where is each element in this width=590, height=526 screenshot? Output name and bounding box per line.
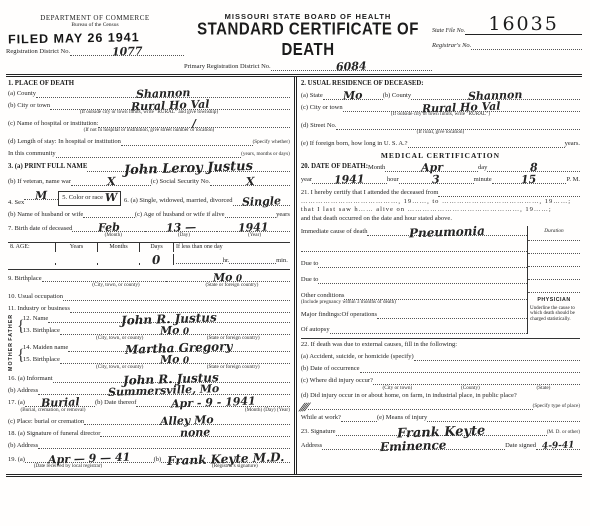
duration-label: Duration	[528, 226, 580, 241]
burial-label: 17. (a)	[8, 399, 25, 407]
registrar-date-line: Apr — 9 — 41	[25, 454, 154, 463]
funeral-director-label: 18. (a) Signature of funeral director	[8, 430, 100, 438]
veteran-line: X	[71, 177, 151, 186]
dod-year-handwritten: 1941	[334, 176, 365, 184]
mother-name-label: 14. Maiden name	[23, 344, 68, 352]
foreign-born-line	[408, 139, 565, 148]
mother-birthplace-handwritten: Mo	[160, 356, 180, 363]
marital-handwritten: Single	[242, 199, 281, 207]
section-3-name: 3. (a) PRINT FULL NAME John Leroy Justus	[8, 163, 290, 172]
in-this-community-label: In this community	[8, 150, 56, 158]
mother-side-label: MOTHER	[8, 342, 17, 371]
physician-signature-label: 23. Signature	[301, 428, 336, 436]
other-conditions-note: (Include pregnancy within 3 months of de…	[301, 300, 527, 306]
length-of-stay-line	[121, 137, 253, 146]
right-column: 2. USUAL RESIDENCE OF DECEASED: (a) Stat…	[297, 77, 582, 474]
age-days-header: Days	[140, 243, 174, 252]
length-of-stay-label: (d) Length of stay: In hospital or insti…	[8, 138, 121, 146]
mother-section: MOTHER { 14. Maiden name Martha Gregory …	[8, 342, 290, 371]
funeral-director-handwritten: none	[180, 430, 211, 438]
age-label: 8. AGE:	[8, 243, 56, 252]
burial-date-note: (Month) (Day) (Year)	[245, 408, 290, 414]
registrar-date-handwritten: Apr — 9 — 41	[48, 455, 130, 464]
birth-month-note: (Month)	[78, 233, 149, 239]
birthplace-handwritten: Mo	[213, 275, 233, 282]
foreign-born-suffix: years.	[565, 140, 580, 148]
age-less-than-day-header: If less than one day	[174, 243, 290, 252]
birth-day-note: (Day)	[149, 233, 220, 239]
of-operations-line	[377, 310, 527, 319]
certificate-title: STANDARD CERTIFICATE OF DEATH	[184, 19, 432, 60]
birthplace-note2: (State or foreign country)	[174, 283, 290, 289]
birthplace-note1: (City, town, or county)	[58, 283, 174, 289]
residence-street-label: (d) Street No.	[301, 122, 337, 130]
father-birthplace-label: 13. Birthplace	[23, 327, 60, 335]
marital-label: 6. (a) Single, widowed, married, divorce…	[124, 197, 232, 206]
date-of-occurrence-line	[360, 364, 580, 373]
other-conditions-line	[344, 291, 527, 300]
injury-place-type-label: (d) Did injury occur in or about home, o…	[301, 392, 517, 400]
age-min-label: min.	[276, 257, 288, 265]
burial-date-handwritten: Apr - 9 - 1941	[171, 398, 256, 408]
birth-year-line: 1941	[217, 223, 289, 232]
city-or-town-handwritten: Rural Ho Val	[131, 102, 210, 111]
physician-address-label: Address	[301, 442, 322, 450]
state-file-label: State File No.	[432, 20, 465, 35]
sex-handwritten: M	[35, 192, 47, 199]
where-injury-line	[373, 376, 580, 385]
certificate-body: 1. PLACE OF DEATH (a) County Shannon (b)…	[6, 74, 582, 477]
mother-birthplace-label: 15. Birthplace	[23, 356, 60, 364]
of-autopsy-line	[330, 325, 527, 334]
birth-month-handwritten: Feb	[98, 225, 120, 232]
duration-line-3	[528, 267, 580, 280]
informant-row: 16. (a) Informant John R. Justus	[8, 374, 290, 383]
primary-district-line: 6084	[271, 62, 432, 71]
spouse-age-suffix: years	[276, 211, 290, 219]
section-2-residence: 2. USUAL RESIDENCE OF DECEASED:	[301, 80, 580, 88]
while-at-work-line	[341, 413, 377, 422]
birthplace-label: 9. Birthplace	[8, 275, 42, 283]
father-section: FATHER { 12. Name John R. Justus 13. Bir…	[8, 313, 290, 342]
residence-state-handwritten: Mo	[343, 93, 363, 100]
veteran-handwritten: X	[106, 178, 115, 185]
in-this-community-note: (years, months or days)	[241, 152, 290, 158]
primary-district-label: Primary Registration District No.	[184, 63, 271, 71]
immediate-cause-handwritten: Pneumonia	[409, 228, 485, 238]
where-injury-note2: (County)	[434, 386, 507, 392]
injury-stray-marks: ⁄⁄⁄⁄	[301, 405, 309, 412]
where-injury-note3: (State)	[507, 386, 580, 392]
ssn-label: (c) Social Security No.	[151, 178, 211, 186]
funeral-director-address-line	[38, 440, 290, 449]
dod-month-handwritten: Apr	[421, 164, 443, 171]
death-certificate-scan: DEPARTMENT OF COMMERCE Bureau of the Cen…	[0, 0, 590, 526]
means-of-injury-line	[427, 413, 580, 422]
burial-row: 17. (a) Burial (b) Date thereof Apr - 9 …	[8, 398, 290, 407]
residence-street-note: (If rural, give location)	[301, 130, 580, 136]
age-months-header: Months	[98, 243, 140, 252]
sex-label: 4. Sex	[8, 199, 24, 207]
duration-line-4	[528, 280, 580, 293]
place-of-death-title: 1. PLACE OF DEATH	[8, 80, 74, 88]
dod-year-line: 1941	[312, 175, 387, 184]
burial-date-line: Apr - 9 - 1941	[136, 398, 289, 407]
father-name-label: 12. Name	[23, 315, 48, 323]
burial-place-line: Alley Mo	[84, 416, 290, 425]
informant-label: 16. (a) Informant	[8, 375, 53, 383]
residence-city-line: Rural Ho Val	[343, 103, 580, 112]
external-causes-title: 22. If death was due to external causes,…	[301, 341, 457, 349]
informant-line: John R. Justus	[53, 374, 290, 383]
mother-birthplace-line: Mo 0	[60, 355, 290, 364]
dod-day-label: day	[478, 164, 487, 172]
age-table-header: 8. AGE: Years Months Days If less than o…	[8, 242, 290, 252]
left-column: 1. PLACE OF DEATH (a) County Shannon (b)…	[6, 77, 297, 474]
date-signed-label: Date signed	[505, 442, 536, 450]
county-line: Shannon	[36, 89, 290, 98]
of-operations-label: Of operations	[342, 311, 378, 319]
full-name-handwritten: John Leroy Justus	[124, 162, 253, 174]
residence-county-label: (b) County	[383, 92, 411, 100]
birth-year-handwritten: 1941	[238, 225, 269, 233]
age-hr-line	[176, 255, 223, 264]
certify-line1: 21. I hereby certify that I attended the…	[301, 189, 439, 197]
dod-hour-line: 3	[399, 175, 474, 184]
registration-district-line: 1077	[70, 47, 184, 56]
certificate-header: DEPARTMENT OF COMMERCE Bureau of the Cen…	[6, 6, 582, 71]
while-at-work-label: While at work?	[301, 414, 341, 422]
father-name-line: John R. Justus	[48, 314, 290, 323]
spouse-age-label: (c) Age of husband or wife if alive	[135, 211, 225, 219]
physician-signature-line: Frank Keyte	[336, 427, 547, 436]
ssn-line: X	[210, 177, 290, 186]
age-years-header: Years	[56, 243, 98, 252]
birthplace-mark: 0	[236, 277, 242, 283]
burial-line: Burial	[25, 398, 95, 407]
injury-place-note: (Specify type of place)	[533, 404, 580, 410]
residence-state-label: (a) State	[301, 92, 323, 100]
father-birthplace-handwritten: Mo	[160, 328, 180, 335]
race-label: 5. Color or race	[62, 194, 103, 201]
registration-district-label: Registration District No.	[6, 48, 70, 56]
residence-city-handwritten: Rural Ho Val	[422, 104, 501, 113]
registrar-received-label: 19. (a)	[8, 456, 25, 464]
header-right: State File No. 16035 Registrar's No.	[432, 6, 582, 50]
residence-city-label: (c) City or town	[301, 104, 343, 112]
date-signed-line: 4-9-41	[536, 441, 580, 450]
accident-suicide-line	[414, 352, 580, 361]
cause-extra-line	[301, 243, 527, 252]
informant-address-label: (b) Address	[8, 387, 38, 395]
date-of-death-row: 20. DATE OF DEATH: Month Apr day 8	[301, 163, 580, 172]
spouse-name-label: (b) Name of husband or wife	[8, 211, 83, 219]
residence-title: 2. USUAL RESIDENCE OF DECEASED:	[301, 80, 424, 88]
of-autopsy-label: Of autopsy	[301, 326, 330, 334]
certify-line2: …………………………………, 19……, to …………………………………, 1…	[301, 198, 571, 206]
spouse-age-line	[225, 209, 277, 218]
dod-hour-label: hour	[387, 176, 399, 184]
county-label: (a) County	[8, 90, 36, 98]
bureau-line: Bureau of the Census	[6, 22, 184, 29]
foreign-born-label: (e) If foreign born, how long in U. S. A…	[301, 140, 408, 148]
full-name-label: 3. (a) PRINT FULL NAME	[8, 163, 87, 171]
header-center: MISSOURI STATE BOARD OF HEALTH STANDARD …	[184, 6, 432, 71]
mother-name-line: Martha Gregory	[68, 343, 290, 352]
dod-month-label: Month	[368, 164, 385, 172]
due-to-2-line	[318, 275, 527, 284]
burial-date-label: (b) Date thereof	[95, 399, 137, 407]
age-table-values: 0 hr. min.	[8, 252, 290, 265]
veteran-label: (b) If veteran, name war	[8, 178, 71, 186]
dod-hour-handwritten: 3	[432, 176, 440, 183]
birth-day-line: 13 —	[145, 223, 217, 232]
date-of-occurrence-label: (b) Date of occurrence	[301, 365, 360, 373]
birth-year-note: (Year)	[219, 233, 290, 239]
immediate-cause-label: Immediate cause of death	[301, 228, 368, 236]
informant-address-handwritten: Summersville, Mo	[108, 386, 219, 396]
dod-minute-line: 15	[492, 175, 567, 184]
full-name-line: John Leroy Justus	[87, 163, 290, 172]
certify-line4: and that death occurred on the date and …	[301, 215, 452, 223]
registrar-signature-handwritten: Frank Keyte M.D.	[167, 454, 285, 465]
filed-date-stamp: FILED MAY 26 1941	[8, 29, 184, 47]
birth-month-line: Feb	[72, 223, 144, 232]
certify-line1-fill	[438, 188, 580, 197]
header-left: DEPARTMENT OF COMMERCE Bureau of the Cen…	[6, 6, 184, 56]
hospital-line: /	[98, 119, 289, 128]
injury-place-line	[308, 401, 532, 410]
mother-birthplace-mark: 0	[183, 359, 189, 365]
primary-district-handwritten: 6084	[336, 63, 367, 71]
where-injury-label: (c) Where did injury occur?	[301, 377, 373, 385]
accident-suicide-label: (a) Accident, suicide, or homicide (spec…	[301, 353, 414, 361]
city-or-town-label: (b) City or town	[8, 102, 50, 110]
physician-signature-handwritten: Frank Keyte	[397, 427, 486, 438]
medical-certification-title: MEDICAL CERTIFICATION	[301, 151, 580, 160]
date-signed-handwritten: 4-9-41	[542, 443, 575, 450]
city-or-town-line: Rural Ho Val	[50, 101, 290, 110]
birthplace-line2: Mo 0	[166, 273, 290, 282]
marital-line: Single	[233, 197, 290, 206]
age-days-handwritten: 0	[152, 256, 161, 263]
cause-of-death-block: Immediate cause of death Pneumonia Due t…	[301, 226, 580, 334]
dod-day-handwritten: 8	[530, 164, 538, 171]
residence-state-line: Mo	[323, 91, 383, 100]
father-side-label: FATHER	[8, 313, 17, 342]
county-handwritten: Shannon	[136, 90, 191, 98]
physician-address-handwritten: Eminence	[380, 442, 447, 452]
dod-day-line: 8	[487, 163, 580, 172]
dod-minute-label: minute	[474, 176, 492, 184]
immediate-cause-line: Pneumonia	[367, 227, 527, 236]
major-findings-label: Major findings:	[301, 311, 342, 319]
where-injury-note1: (City or town)	[361, 386, 434, 392]
length-of-stay-note: (Specify whether)	[253, 140, 290, 146]
due-to-1-label: Due to	[301, 260, 319, 268]
hospital-note: (If not in hospital or institution, give…	[8, 128, 290, 134]
registrar-b-label: (b)	[154, 456, 162, 464]
birthdate-label: 7. Birth date of deceased	[8, 225, 72, 233]
state-file-number: 16035	[465, 15, 582, 35]
duration-line-1	[528, 241, 580, 254]
certify-line3: that I last saw h…… alive on ………………………………	[301, 206, 552, 214]
age-hr-label: hr.	[223, 257, 230, 265]
funeral-director-address-label: (b) Address	[8, 442, 38, 450]
informant-address-line: Summersville, Mo	[38, 386, 290, 395]
means-of-injury-label: (e) Means of injury	[377, 414, 427, 422]
dod-year-label: year	[301, 176, 312, 184]
due-to-2-label: Due to	[301, 276, 319, 284]
father-birthplace-mark: 0	[183, 330, 189, 336]
age-min-line	[229, 255, 276, 264]
registrar-number-label: Registrar's No.	[432, 42, 471, 50]
underline-cause-note: Underline the cause to which death shoul…	[528, 304, 580, 323]
mother-bp-note2: (State or foreign country)	[176, 365, 289, 371]
registrar-number-line	[471, 41, 582, 50]
registrar-row: 19. (a) Apr — 9 — 41 (b) Frank Keyte M.D…	[8, 454, 290, 463]
funeral-director-line: none	[100, 428, 289, 437]
registrar-signature-line: Frank Keyte M.D.	[161, 454, 290, 463]
dod-ampm: P. M.	[566, 176, 580, 184]
color-race-box: 5. Color or race W	[58, 191, 121, 207]
in-this-community-line	[56, 149, 242, 158]
dod-minute-handwritten: 15	[521, 176, 537, 183]
residence-street-line	[336, 121, 580, 130]
burial-handwritten: Burial	[41, 399, 80, 407]
spouse-name-line	[83, 209, 135, 218]
physician-signature-note: (M. D. or other)	[547, 430, 580, 436]
physician-address-line: Eminence	[322, 441, 505, 450]
race-handwritten: W	[105, 194, 118, 201]
hospital-handwritten-mark: /	[192, 121, 196, 128]
registration-district-handwritten: 1077	[112, 48, 143, 56]
duration-line-2	[528, 254, 580, 267]
dod-month-line: Apr	[385, 163, 478, 172]
occupation-label: 10. Usual occupation	[8, 293, 63, 301]
burial-place-label: (c) Place: burial or cremation	[8, 418, 84, 426]
due-to-1-line	[318, 259, 527, 268]
occupation-line	[63, 292, 290, 301]
duration-rail: Duration PHYSICIAN Underline the cause t…	[527, 226, 580, 334]
birthplace-line1	[42, 273, 166, 282]
father-birthplace-line: Mo 0	[60, 326, 290, 335]
industry-label: 11. Industry or business	[8, 305, 70, 313]
ssn-handwritten: X	[246, 178, 255, 185]
date-of-death-label: 20. DATE OF DEATH:	[301, 163, 368, 171]
sex-line: M	[24, 191, 58, 200]
physician-label: PHYSICIAN	[528, 293, 580, 303]
birth-day-handwritten: 13 —	[166, 225, 196, 233]
